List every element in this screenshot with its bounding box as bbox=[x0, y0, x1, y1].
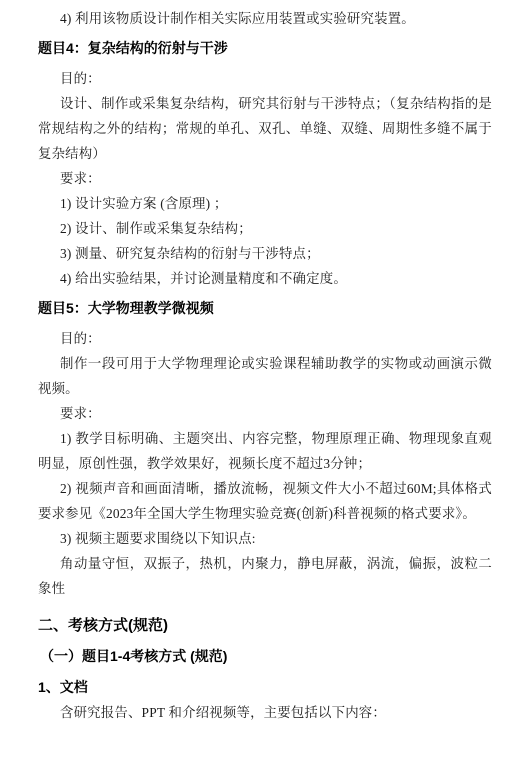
section2-heading: 二、考核方式(规范) bbox=[38, 613, 492, 638]
topic5-purpose-text: 制作一段可用于大学物理理论或实验课程辅助教学的实物或动画演示微视频。 bbox=[38, 351, 492, 401]
section2-item1-intro: 含研究报告、PPT 和介绍视频等，主要包括以下内容： bbox=[38, 700, 492, 725]
topic4-requirement-item: 3) 测量、研究复杂结构的衍射与干涉特点； bbox=[38, 241, 492, 266]
topic4-requirement-item: 4) 给出实验结果，并讨论测量精度和不确定度。 bbox=[38, 266, 492, 291]
topic5-knowledge-points: 角动量守恒，双振子，热机，内聚力，静电屏蔽，涡流，偏振，波粒二象性 bbox=[38, 551, 492, 601]
topic4-purpose-label: 目的： bbox=[38, 66, 492, 91]
topic5-requirements-label: 要求： bbox=[38, 401, 492, 426]
topic5-purpose-label: 目的： bbox=[38, 326, 492, 351]
topic4-purpose-text: 设计、制作或采集复杂结构，研究其衍射与干涉特点；（复杂结构指的是常规结构之外的结… bbox=[38, 91, 492, 166]
topic5-requirement-item: 1) 教学目标明确、主题突出、内容完整，物理原理正确、物理现象直观明显，原创性强… bbox=[38, 426, 492, 476]
topic5-heading: 题目5：大学物理教学微视频 bbox=[38, 296, 492, 321]
topic3-requirement-4: 4) 利用该物质设计制作相关实际应用装置或实验研究装置。 bbox=[38, 6, 492, 31]
topic4-heading: 题目4：复杂结构的衍射与干涉 bbox=[38, 36, 492, 61]
document-page: 4) 利用该物质设计制作相关实际应用装置或实验研究装置。 题目4：复杂结构的衍射… bbox=[0, 0, 530, 765]
topic4-requirement-item: 2) 设计、制作或采集复杂结构； bbox=[38, 216, 492, 241]
section2-subsection1-heading: （一）题目1-4考核方式 (规范) bbox=[38, 644, 492, 669]
topic4-requirement-item: 1) 设计实验方案 (含原理) ； bbox=[38, 191, 492, 216]
topic4-requirements-label: 要求： bbox=[38, 166, 492, 191]
topic5-requirement-item: 3) 视频主题要求围绕以下知识点: bbox=[38, 526, 492, 551]
topic5-requirement-item: 2) 视频声音和画面清晰，播放流畅，视频文件大小不超过60M;具体格式要求参见《… bbox=[38, 476, 492, 526]
section2-item1-heading: 1、文档 bbox=[38, 675, 492, 700]
